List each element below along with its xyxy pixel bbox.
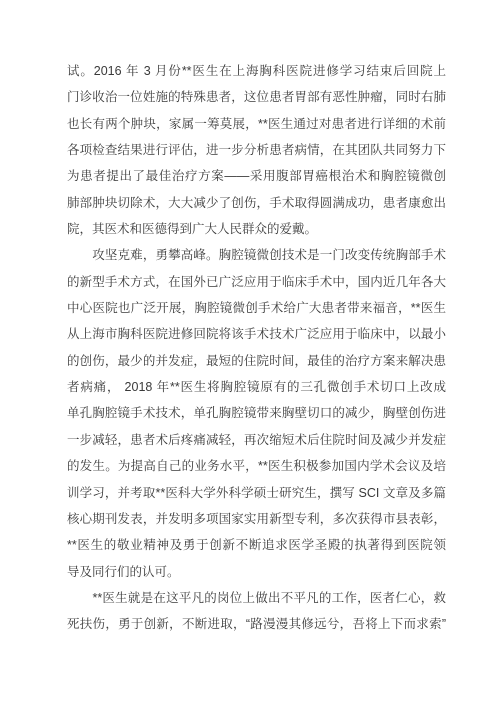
text-line: **医生的敬业精神及勇于创新不断追求医学圣殿的执著得到医院领: [67, 532, 446, 558]
text-line: 攻坚克难，勇攀高峰。胸腔镜微创技术是一门改变传统胸部手术: [67, 242, 446, 268]
text-line: 肺部肿块切除术，大大减少了创伤，手术取得圆满成功，患者康愈出: [67, 190, 446, 216]
text-line: 门诊收治一位姓施的特殊患者，这位患者胃部有恶性肿瘤，同时右肺: [67, 84, 446, 110]
text-line: 者病痛， 2018 年**医生将胸腔镜原有的三孔微创手术切口上改成: [67, 374, 446, 400]
text-line: 从上海市胸科医院进修回院将该手术技术广泛应用于临床中，以最小: [67, 321, 446, 347]
text-line: 训学习，并考取**医科大学外科学硕士研究生，撰写 SCI 文章及多篇: [67, 480, 446, 506]
text-line: 死扶伤，勇于创新，不断进取，“路漫漫其修远兮，吾将上下而求索”: [67, 611, 446, 637]
text-line: 中心医院也广泛开展，胸腔镜微创手术给广大患者带来福音，**医生: [67, 295, 446, 321]
text-line: 单孔胸腔镜手术技术，单孔胸腔镜带来胸壁切口的减少，胸壁创伤进: [67, 400, 446, 426]
text-line: 的发生。为提高自己的业务水平，**医生积极参加国内学术会议及培: [67, 453, 446, 479]
text-line: 为患者提出了最佳治疗方案——采用腹部胃癌根治术和胸腔镜微创: [67, 163, 446, 189]
text-line: 各项检查结果进行评估，进一步分析患者病情，在其团队共同努力下: [67, 137, 446, 163]
text-line: **医生就是在这平凡的岗位上做出不平凡的工作，医者仁心，救: [67, 585, 446, 611]
text-line: 试。2016 年 3 月份**医生在上海胸科医院进修学习结束后回院上班，: [67, 58, 446, 84]
text-line: 导及同行们的认可。: [67, 559, 446, 585]
text-line: 的新型手术方式，在国外已广泛应用于临床手术中，国内近几年各大: [67, 269, 446, 295]
text-line: 一步减轻，患者术后疼痛减轻，再次缩短术后住院时间及减少并发症: [67, 427, 446, 453]
document-page: 试。2016 年 3 月份**医生在上海胸科医院进修学习结束后回院上班， 门诊收…: [67, 58, 446, 638]
document-viewer: 试。2016 年 3 月份**医生在上海胸科医院进修学习结束后回院上班， 门诊收…: [0, 0, 499, 706]
text-line: 的创伤，最少的并发症，最短的住院时间，最佳的治疗方案来解决患: [67, 348, 446, 374]
text-line: 也长有两个肿块，家属一筹莫展，**医生通过对患者进行详细的术前: [67, 111, 446, 137]
text-line: 院，其医术和医德得到广大人民群众的爱戴。: [67, 216, 446, 242]
text-line: 核心期刊发表，并发明多项国家实用新型专利，多次获得市县表彰，: [67, 506, 446, 532]
